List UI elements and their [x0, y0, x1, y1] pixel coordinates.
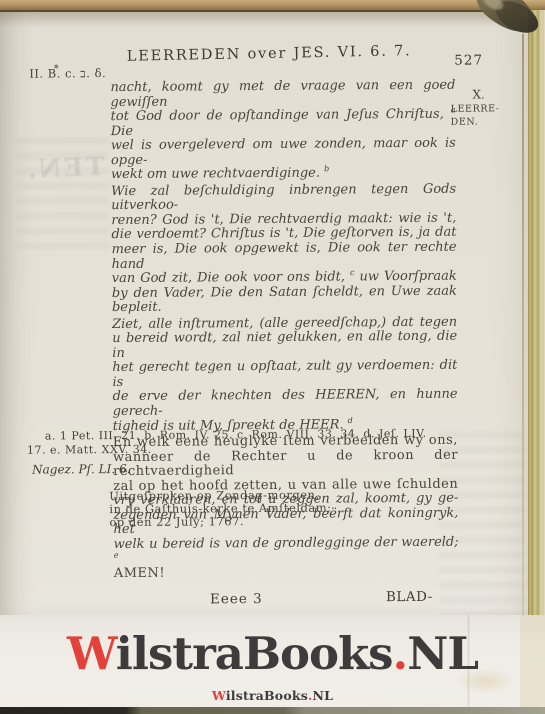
book-fore-edge-pages [528, 10, 545, 618]
text-line: wel is overgeleverd om uwe zonden, maar … [111, 137, 456, 169]
text-line: nacht, koomt gy met de vraage van een go… [110, 79, 455, 111]
running-head: LEERREDEN over JES. VI. 6. 7. [94, 43, 444, 66]
page-content: TEN. LEERREDEN over JES. VI. 6. 7. 527 I… [0, 8, 530, 620]
watermark-segment: ilstraBooks [116, 627, 393, 680]
margin-note-right: X. LEERRE- DEN. [450, 87, 514, 128]
show-through-left [17, 129, 110, 250]
text-line: AMEN! [114, 565, 459, 582]
text-line: Wie zal beſchuldiging inbrengen tegen Go… [111, 182, 456, 214]
show-through-text: TEN. [24, 152, 105, 184]
watermark-segment: ilstraBooks [226, 688, 308, 703]
watermark-small: WilstraBooks.NL [0, 688, 545, 703]
watermark-segment: NL [313, 688, 334, 703]
book-page: TEN. LEERREDEN over JES. VI. 6. 7. 527 I… [0, 10, 528, 618]
catchword: BLAD- [386, 589, 433, 605]
margin-note-number: X. [472, 87, 514, 101]
paragraph: nacht, koomt gy met de vraage van een go… [110, 79, 456, 183]
text-line: welk u bereid is van de grondlegginge de… [114, 536, 459, 568]
text-line: meer is, Die ook opgewekt is, Die ook te… [112, 241, 457, 273]
signature-mark: Eeee 3 [210, 591, 263, 607]
footnotes: a. 1 Pet. III. 21. b. Rom. IV. 25. c. Ro… [27, 427, 475, 457]
margin-note-word-1: LEERRE- [451, 102, 515, 115]
margin-note-word-2: DEN. [451, 115, 515, 128]
book-photo: TEN. LEERREDEN over JES. VI. 6. 7. 527 I… [0, 0, 545, 714]
page-number: 527 [454, 52, 483, 68]
table-surface [0, 707, 545, 714]
text-line: het gerecht tegen u opſtaat, zult gy ver… [112, 359, 457, 391]
watermark-segment: . [393, 627, 408, 680]
text-line: wekt om uwe rechtvaerdiginge. b [111, 166, 456, 183]
text-line: by den Vader, Die den Satan ſcheldt, en … [112, 284, 457, 301]
text-line: bepleit. [112, 299, 457, 316]
watermark-segment: W [67, 627, 116, 680]
text-line: tot God door de opſtandinge van Jeſus Ch… [111, 108, 456, 140]
watermark-segment: NL [407, 627, 478, 680]
text-line: u bereid wordt, zal niet gelukken, en al… [112, 330, 457, 362]
nagez-note: Nagez. Pſ. LI. 6. [32, 462, 130, 477]
paragraph: Ziet, alle inſtrument, (alle gereedſchap… [112, 315, 458, 434]
text-line: de erve der knechten des HEEREN, en hunn… [113, 388, 458, 420]
colophon: Uitgeſproken op Zondag-morgen,in de Gaſt… [109, 489, 331, 530]
watermark-large: WilstraBooks.NL [0, 624, 545, 684]
text-line: op den 22 July; 1767. [109, 515, 331, 530]
margin-note-left: II. B. c. ב. δ. [29, 66, 106, 81]
watermark-segment: W [212, 688, 226, 703]
paragraph: Wie zal beſchuldiging inbrengen tegen Go… [111, 182, 457, 315]
